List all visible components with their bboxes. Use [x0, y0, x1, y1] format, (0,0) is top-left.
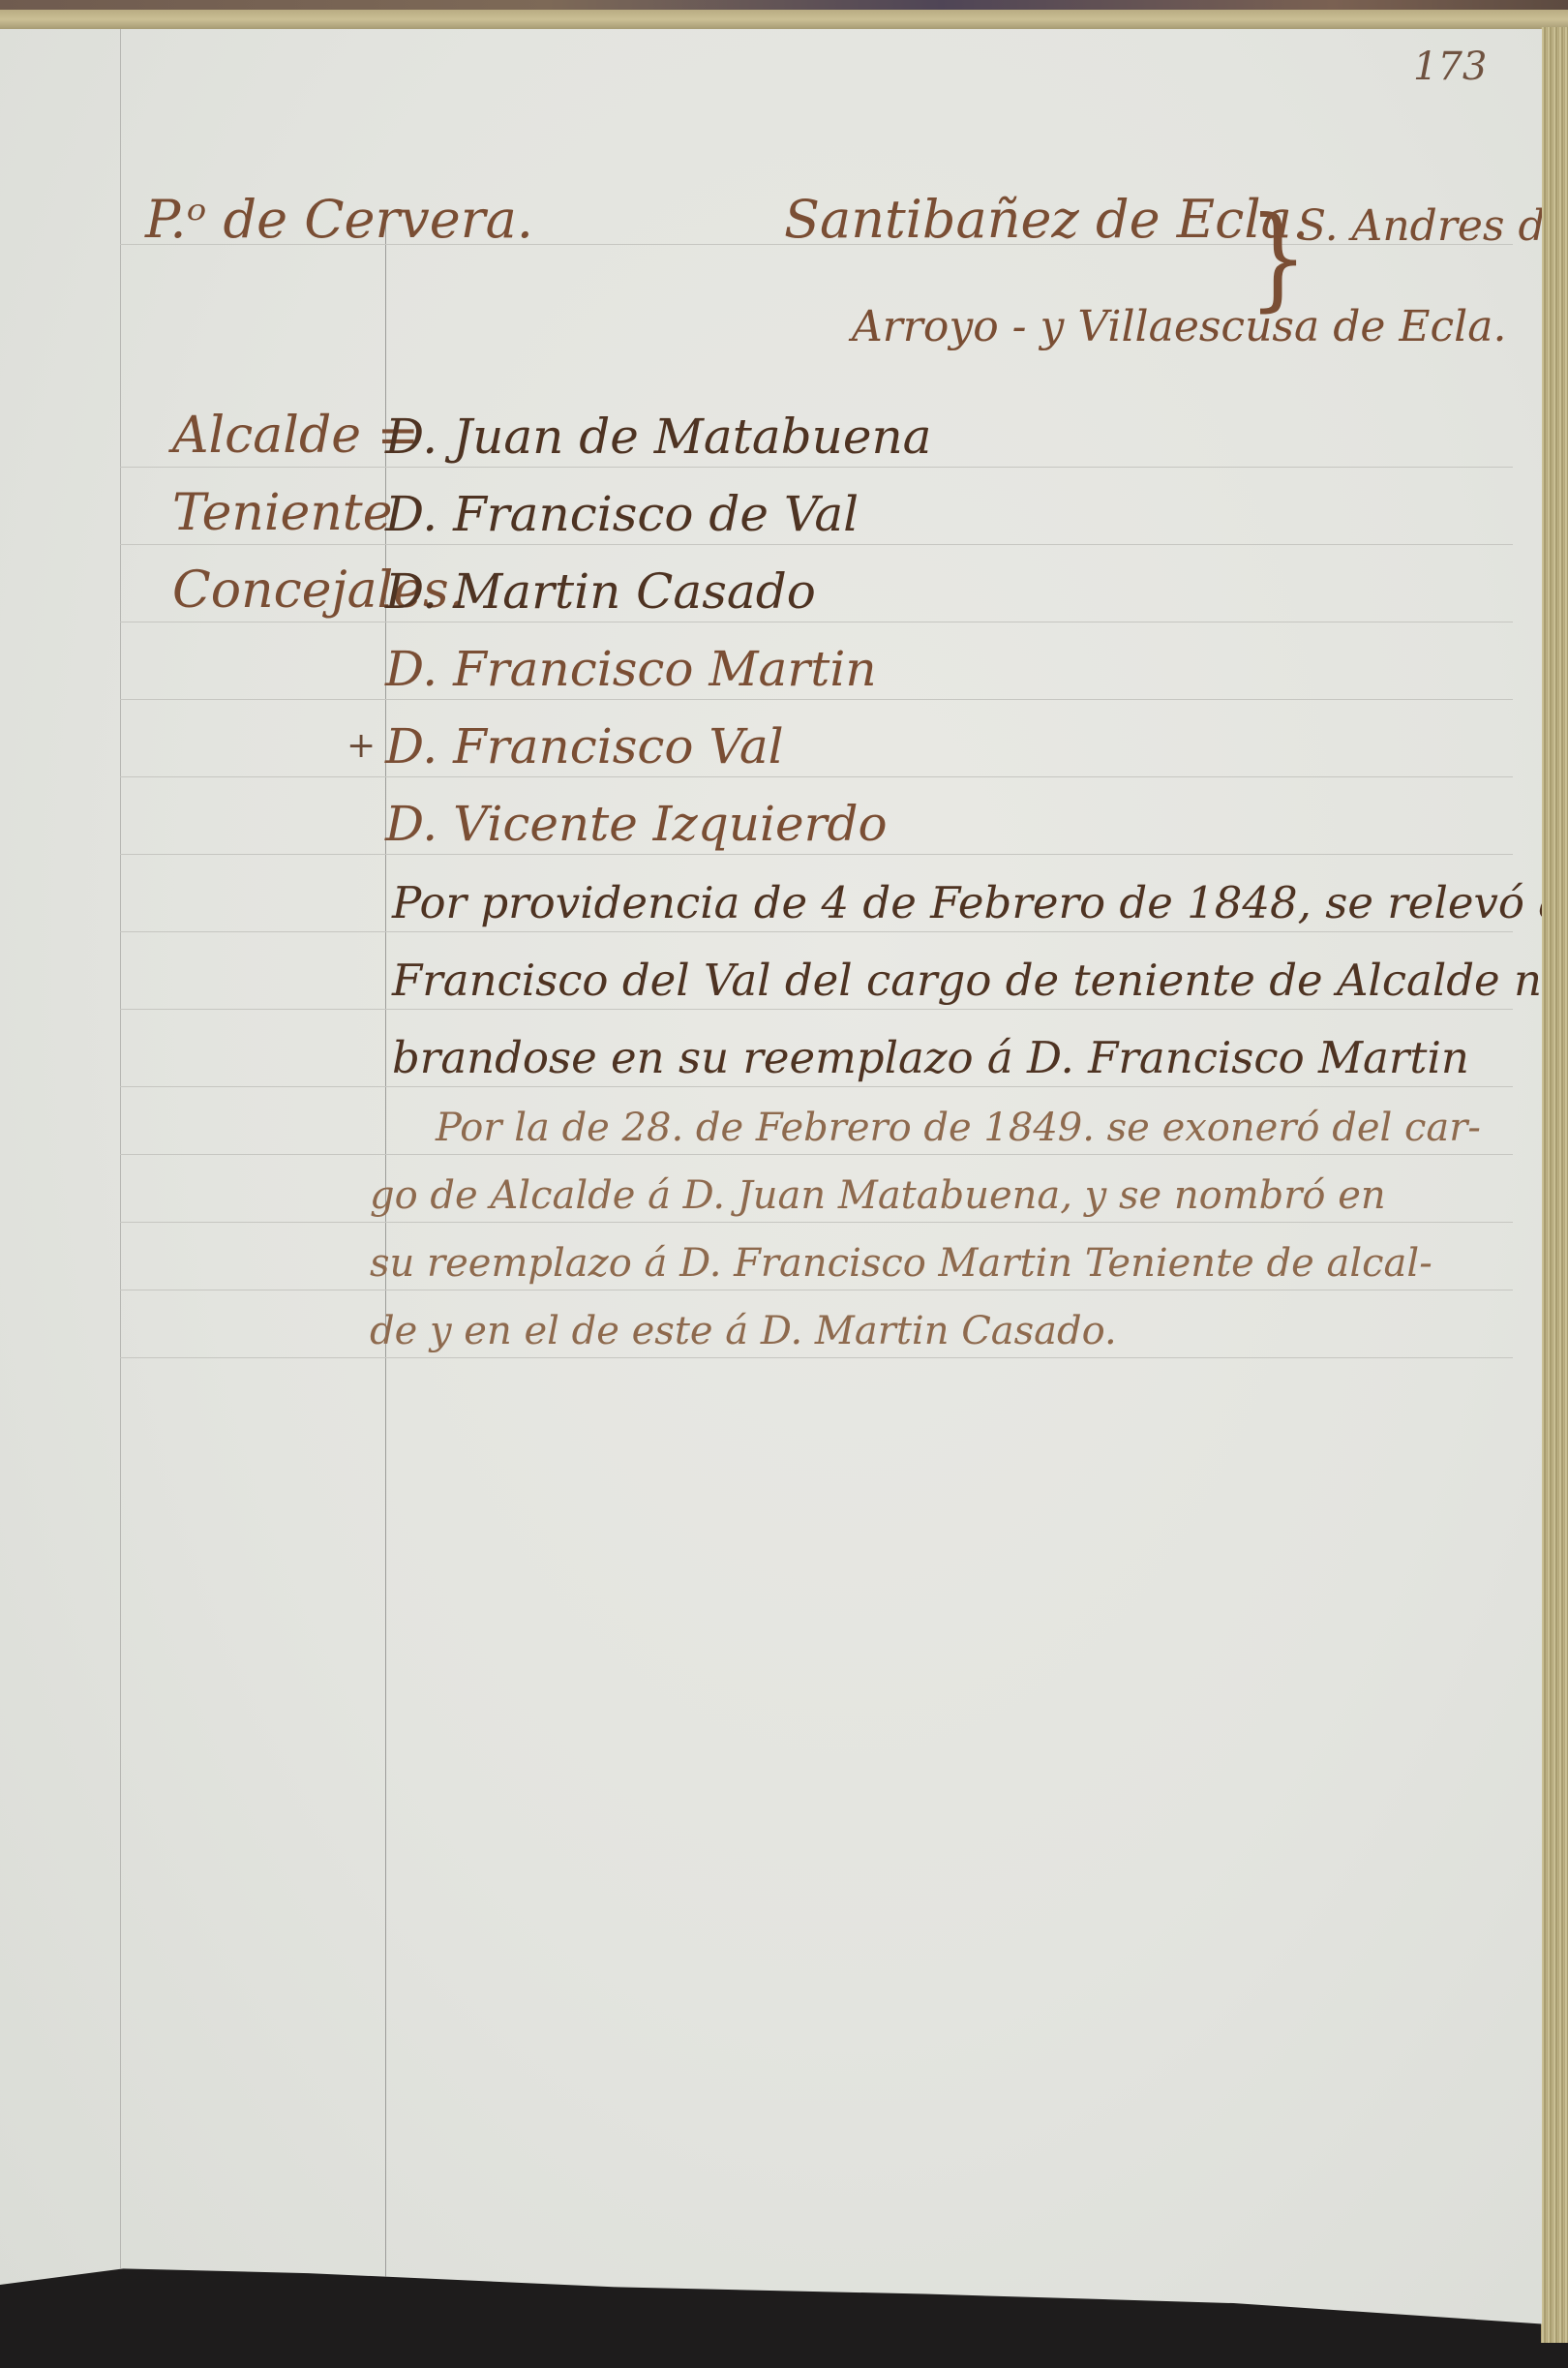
note-2-line: go de Alcalde á D. Juan Matabuena, y se … [370, 1173, 1386, 1218]
outer-margin-rule [120, 29, 121, 2333]
locality-heading-line-2: Arroyo - y Villaescusa de Ecla. [852, 302, 1506, 351]
ruled-line [120, 1357, 1513, 1358]
locality-heading-cont: S. Andres de [1297, 201, 1542, 251]
ruled-line [120, 622, 1513, 622]
ruled-line [120, 467, 1513, 468]
note-1-line: brandose en su reemplazo á D. Francisco … [392, 1032, 1469, 1083]
ruled-line [120, 1290, 1513, 1290]
ruled-line [120, 1154, 1513, 1155]
official-name: D. Francisco Martin [385, 641, 877, 697]
ruled-line [120, 699, 1513, 700]
official-name: D. Juan de Matabuena [385, 409, 931, 465]
ruled-line [120, 1222, 1513, 1223]
gilt-top-edge [0, 10, 1568, 29]
ruled-line [120, 544, 1513, 545]
ruled-line [120, 1009, 1513, 1010]
official-name: D. Francisco de Val [385, 486, 859, 542]
office-label-teniente: Teniente [172, 484, 392, 542]
note-1-line: Francisco del Val del cargo de teniente … [392, 955, 1542, 1006]
note-2-line: Por la de 28. de Febrero de 1849. se exo… [436, 1106, 1481, 1150]
official-name: D. Vicente Izquierdo [385, 796, 888, 852]
ruled-line [120, 1086, 1513, 1087]
cross-marker: + [347, 726, 376, 766]
district-heading: P.ᵒ de Cervera. [145, 189, 533, 250]
official-name: D. Francisco Val [385, 718, 784, 774]
ruled-line [120, 854, 1513, 855]
page-number: 173 [1413, 45, 1487, 89]
ruled-line [120, 776, 1513, 777]
office-label-alcalde: Alcalde = [172, 407, 419, 465]
ruled-line [120, 931, 1513, 932]
note-2-line: su reemplazo á D. Francisco Martin Tenie… [370, 1241, 1432, 1286]
note-2-line: de y en el de este á D. Martin Casado. [370, 1309, 1117, 1353]
official-name: D. Martin Casado [385, 563, 816, 620]
locality-heading: Santibañez de Ecla. [784, 189, 1309, 250]
note-1-line: Por providencia de 4 de Febrero de 1848,… [392, 877, 1542, 928]
manuscript-page: 173 P.ᵒ de Cervera. Santibañez de Ecla. … [0, 29, 1542, 2333]
page-fore-edge [1541, 27, 1568, 2343]
scan-stage: 173 P.ᵒ de Cervera. Santibañez de Ecla. … [0, 0, 1568, 2368]
